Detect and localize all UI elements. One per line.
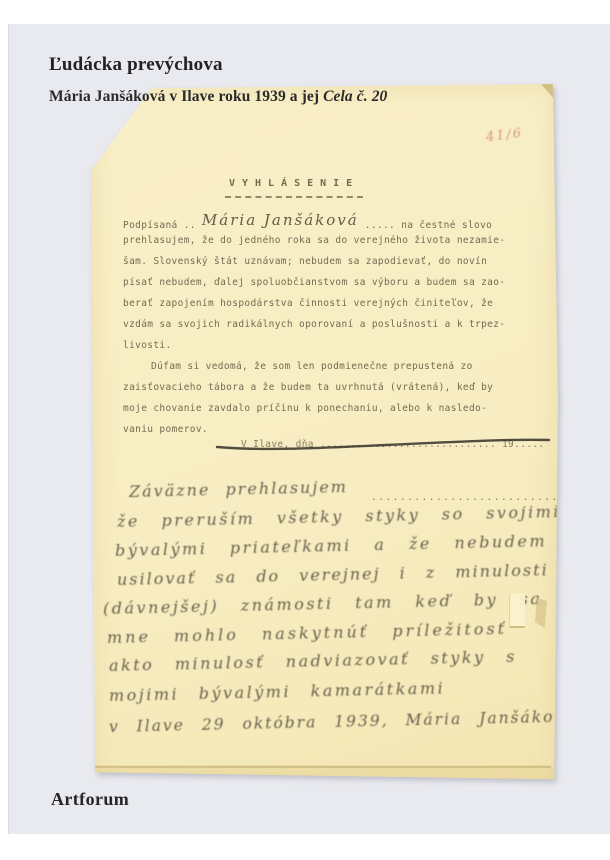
handwritten-line: že preruším všetky styky so svojimi — [117, 502, 561, 531]
typed-line: prehlasujem, že do jedného roka sa do ve… — [123, 235, 505, 246]
scanned-document-paper: 41/6 VYHLÁSENIE Podpísaná .. Mária Janšá… — [91, 84, 558, 782]
scanned-document-wrapper: 41/6 VYHLÁSENIE Podpísaná .. Mária Janšá… — [91, 84, 558, 782]
book-cover: 41/6 VYHLÁSENIE Podpísaná .. Mária Janšá… — [8, 24, 610, 834]
handwritten-line: (dávnejšej) známosti tam keď by sa — [103, 589, 543, 618]
handwritten-signature: v Ilave 29 októbra 1939, Mária Janšáková — [109, 707, 577, 736]
typed-line: berať zapojením hospodárstva činnosti ve… — [123, 298, 493, 309]
typed-line: Dúfam si vedomá, že som len podmienečne … — [151, 361, 473, 372]
handwritten-line: mne mohlo naskytnúť príležitosť — [107, 619, 507, 647]
handwritten-line: usilovať sa do verejnej i z minulosti — [117, 560, 549, 589]
document-heading: VYHLÁSENIE — [229, 178, 359, 189]
handwritten-line: mojimi bývalými kamarátkami — [109, 678, 446, 705]
archive-mark: 41/6 — [485, 126, 524, 145]
handwritten-name: Mária Janšáková — [202, 211, 359, 229]
subtitle-regular: Mária Janšáková v Ilave roku 1939 a jej — [49, 88, 323, 105]
pen-strikethrough — [211, 432, 556, 454]
handwritten-line: akto minulosť nadviazovať styky s — [109, 647, 517, 675]
paper-edge-fold — [535, 598, 547, 628]
corner-fold — [541, 84, 555, 100]
paper-repair-patch — [509, 594, 525, 628]
book-subtitle: Mária Janšáková v Ilave roku 1939 a jej … — [49, 88, 387, 106]
typed-line: vaniu pomerov. — [123, 424, 208, 435]
handwritten-line: bývalými priateľkami a že nebudem — [115, 531, 547, 560]
dotted-leader: .......................... — [371, 492, 559, 503]
paper-bottom-edge — [93, 768, 555, 782]
book-title: Ľudácka prevýchova — [49, 54, 223, 76]
declaration-line-1: Podpísaná .. Mária Janšáková ..... na če… — [123, 214, 492, 232]
typed-prefix: Podpísaná .. — [123, 220, 196, 231]
typed-line: šam. Slovenský štát uznávam; nebudem sa … — [123, 256, 487, 267]
typed-line: zaisťovacieho tábora a že budem ta uvrhn… — [123, 382, 493, 393]
publisher-logo: Artforum — [51, 789, 129, 810]
handwritten-line: Záväzne prehlasujem — [129, 477, 348, 501]
heading-underline — [225, 196, 363, 198]
typed-line: livosti. — [123, 340, 172, 351]
typed-line: vzdám sa svojich radikálnych oporovaní a… — [123, 319, 505, 330]
typed-suffix: ..... na čestné slovo — [365, 220, 492, 231]
typed-line: moje chovanie zavdalo príčinu k ponechan… — [123, 403, 487, 414]
typed-line: písať nebudem, ďalej spoluobčianstvom sa… — [123, 277, 505, 288]
subtitle-italic: Cela č. 20 — [323, 88, 387, 105]
